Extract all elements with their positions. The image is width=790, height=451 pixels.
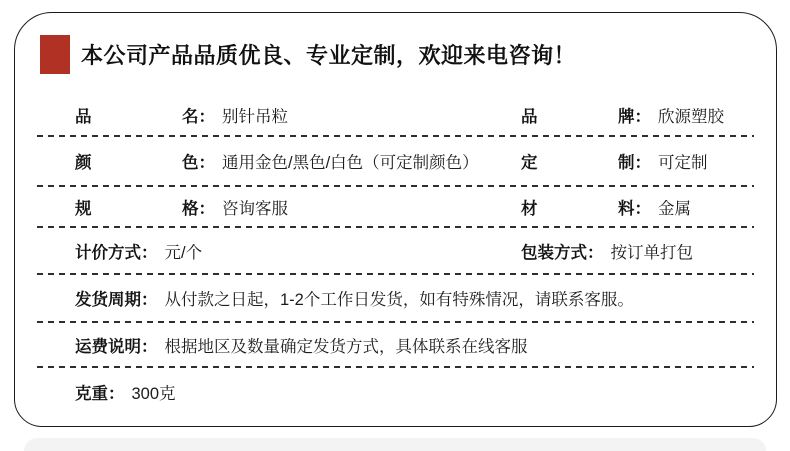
row-value: 根据地区及数量确定发货方式，具体联系在线客服 — [165, 333, 528, 357]
row-label: 发货周期： — [75, 286, 158, 310]
accent-block-icon — [40, 35, 70, 74]
row-value: 可定制 — [658, 149, 708, 173]
spec-row-color-custom: 颜色： 通用金色/黑色/白色（可定制颜色） 定制： 可定制 — [15, 137, 776, 185]
row-value: 元/个 — [165, 239, 203, 263]
spec-row-pricing-packing: 计价方式： 元/个 包装方式： 按订单打包 — [15, 228, 776, 273]
row-label: 品名： — [75, 103, 215, 127]
label-char: 品 — [521, 103, 538, 127]
row-value: 从付款之日起，1-2个工作日发货，如有特殊情况，请联系客服。 — [165, 286, 634, 310]
row-value: 咨询客服 — [222, 195, 288, 219]
cell-specification: 规格： 咨询客服 — [15, 195, 501, 219]
page-title: 本公司产品品质优良、专业定制，欢迎来电咨询！ — [81, 39, 576, 70]
row-value: 按订单打包 — [611, 239, 694, 263]
cell-packing-method: 包装方式： 按订单打包 — [501, 239, 776, 263]
cell-product-name: 品名： 别针吊粒 — [15, 103, 501, 127]
label-char: 名： — [182, 103, 215, 127]
row-label: 材料： — [521, 195, 651, 219]
row-value: 300克 — [132, 380, 176, 404]
cell-material: 材料： 金属 — [501, 195, 776, 219]
label-char: 材 — [521, 195, 538, 219]
spec-row-spec-material: 规格： 咨询客服 材料： 金属 — [15, 187, 776, 226]
row-label: 规格： — [75, 195, 215, 219]
cell-pricing-method: 计价方式： 元/个 — [15, 239, 501, 263]
cell-customization: 定制： 可定制 — [501, 149, 776, 173]
label-char: 规 — [75, 195, 92, 219]
label-char: 格： — [182, 195, 215, 219]
product-info-card: 本公司产品品质优良、专业定制，欢迎来电咨询！ 品名： 别针吊粒 品牌： 欣源塑胶… — [14, 12, 777, 427]
next-card-edge — [24, 438, 766, 451]
label-char: 牌： — [618, 103, 651, 127]
spec-row-shipping-note: 运费说明： 根据地区及数量确定发货方式，具体联系在线客服 — [15, 323, 776, 366]
row-value: 别针吊粒 — [222, 103, 288, 127]
row-label: 颜色： — [75, 149, 215, 173]
row-label: 包装方式： — [521, 239, 604, 263]
row-label: 运费说明： — [75, 333, 158, 357]
row-value: 金属 — [658, 195, 691, 219]
label-char: 品 — [75, 103, 92, 127]
spec-row-delivery-cycle: 发货周期： 从付款之日起，1-2个工作日发货，如有特殊情况，请联系客服。 — [15, 275, 776, 321]
row-label: 定制： — [521, 149, 651, 173]
row-label: 计价方式： — [75, 239, 158, 263]
cell-brand: 品牌： 欣源塑胶 — [501, 103, 776, 127]
label-char: 色： — [182, 149, 215, 173]
cell-color: 颜色： 通用金色/黑色/白色（可定制颜色） — [15, 149, 501, 173]
spec-row-name-brand: 品名： 别针吊粒 品牌： 欣源塑胶 — [15, 95, 776, 135]
row-value: 通用金色/黑色/白色（可定制颜色） — [222, 149, 479, 173]
header: 本公司产品品质优良、专业定制，欢迎来电咨询！ — [15, 13, 776, 95]
product-spec-page: { "colors": { "accent": "#b23125", "card… — [0, 0, 790, 451]
label-char: 料： — [618, 195, 651, 219]
spec-row-weight: 克重： 300克 — [15, 368, 776, 436]
row-value: 欣源塑胶 — [658, 103, 724, 127]
label-char: 颜 — [75, 149, 92, 173]
label-char: 制： — [618, 149, 651, 173]
label-char: 定 — [521, 149, 538, 173]
row-label: 品牌： — [521, 103, 651, 127]
row-label: 克重： — [75, 380, 125, 404]
